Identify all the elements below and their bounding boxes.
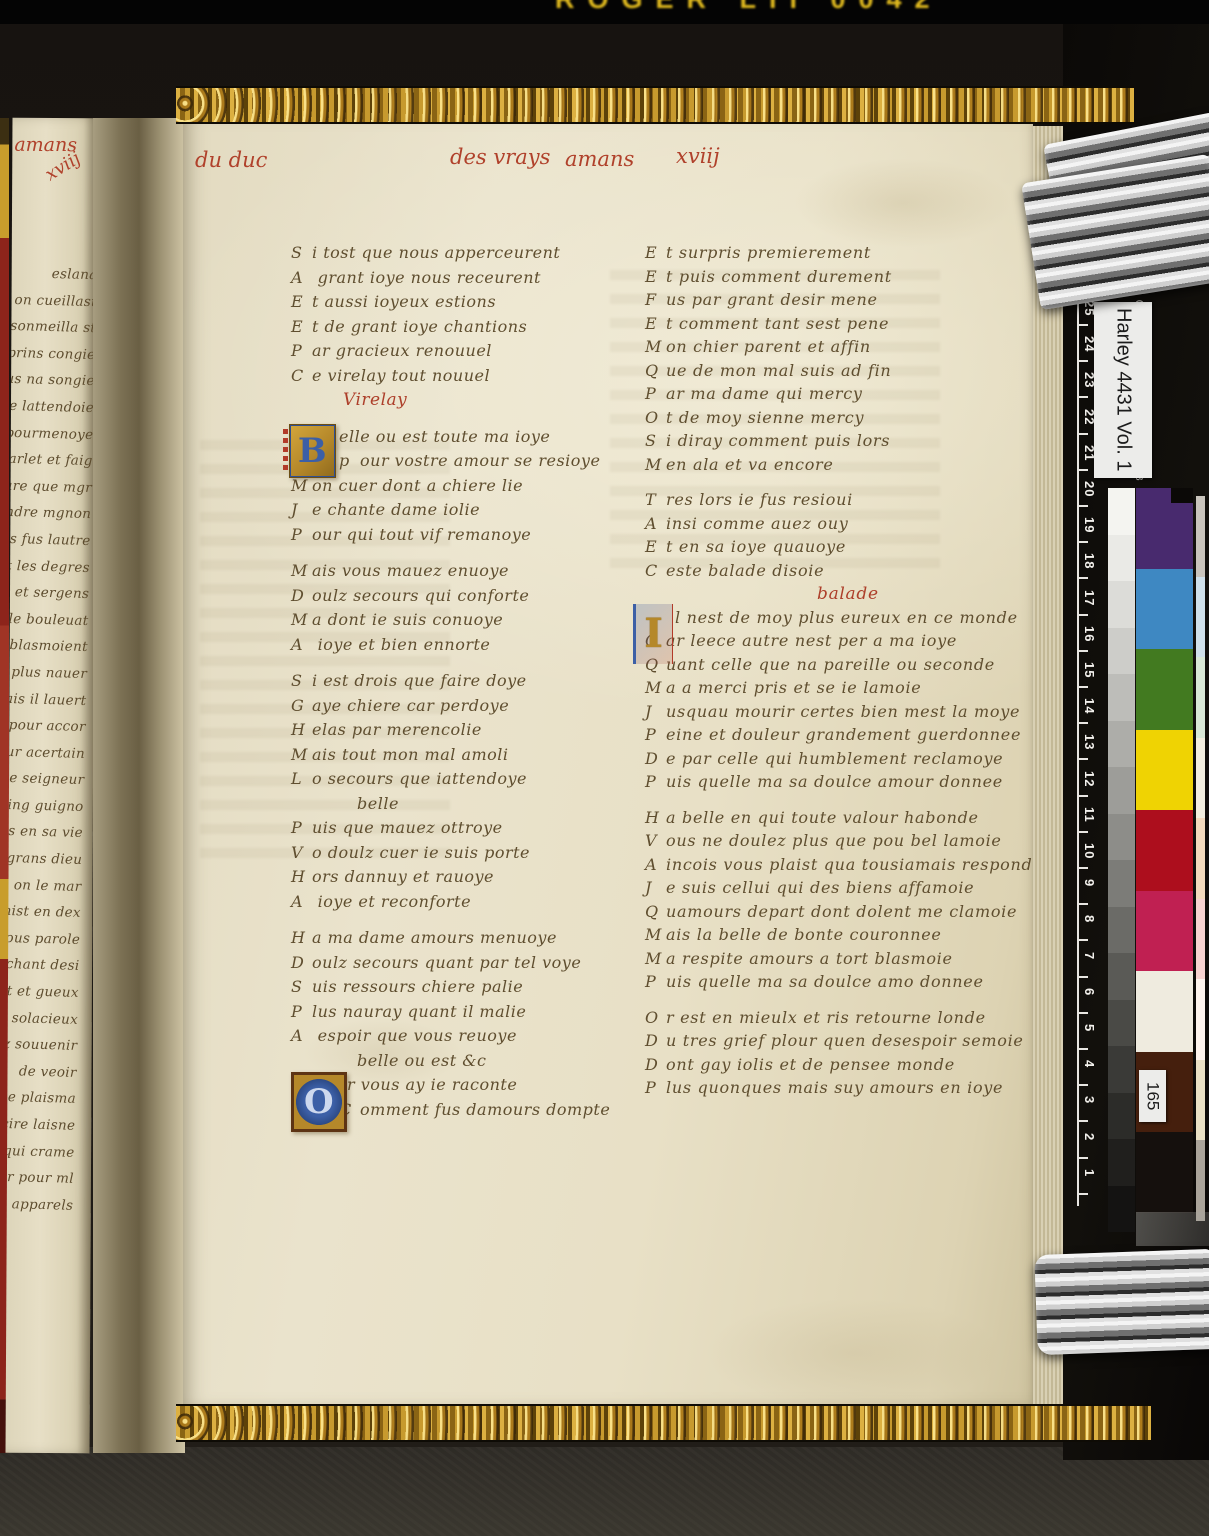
ruler-number-5: 5 [1081,1024,1097,1032]
facing-fragment-line: it le seigneur [6,770,85,799]
side-strip-segment-7 [1196,979,1205,1060]
ruler-number-6: 6 [1081,988,1097,996]
ruler-tick [1077,396,1088,398]
ruler-number-2: 2 [1081,1133,1097,1141]
facing-fragment-line: et se blasmoient [7,637,88,666]
ruler-tick [1077,324,1088,326]
facing-fragment-line: barlet et faig [12,451,93,480]
gilt-edge-bottom [176,1404,1151,1442]
facing-fragment-line: mais il lauert [6,690,87,719]
facing-fragment-line: accire laisne [6,1116,76,1145]
grey-step-1 [1108,488,1135,535]
facing-fragment-line: leur acertain [6,744,86,773]
ruler-tick [1077,903,1088,905]
facing-fragment-line: es solacieux [6,1009,79,1038]
gilt-edge-top [176,86,1134,124]
ruler-tick [1077,939,1088,941]
facing-fragment-line: it que on le mar [6,877,82,906]
grey-step-11 [1108,953,1135,1000]
facing-page-sliver: amans xviij eslanaque on cueillasta sonm… [6,118,97,1453]
grey-step-13 [1108,1046,1135,1093]
ruler-tick [1077,1120,1088,1122]
ruler-tick [1077,867,1088,869]
grey-step-14 [1108,1093,1135,1140]
facing-fragment-line: ax besoing guigno [6,797,84,826]
ruler-tick [1077,650,1088,652]
running-header-du-duc: du duc [195,148,267,172]
facing-fragment-line: ques en sa vie [6,823,84,852]
side-strip-segment-1 [1196,496,1205,577]
facing-fragment-line: es gens plus nauer [7,664,88,693]
ruler-number-10: 10 [1081,843,1097,859]
page-fore-edges [1033,126,1067,1406]
ruler-number-12: 12 [1081,771,1097,787]
running-header-des-vrays: des vrays [450,145,550,169]
facing-fragment-line: au lo pourmenoye [13,425,94,454]
facing-text-fragments: eslanaque on cueillasta sonmeilla stet p… [6,265,97,1224]
ruler-number-1: 1 [1081,1169,1097,1177]
ruler-tick [1077,722,1088,724]
ruler-tick [1077,505,1088,507]
ruler-tick [1077,1084,1088,1086]
grey-step-4 [1108,628,1135,675]
grey-step-5 [1108,674,1135,721]
ruler-line [1077,294,1079,1206]
manuscript-photograph: ROGER LII 0042 amans xviij eslanaque on … [0,0,1209,1536]
ruler-number-9: 9 [1081,879,1097,887]
ruler-number-20: 20 [1081,481,1097,497]
color-patch-dark-red [1136,810,1193,891]
facing-fragment-line: de caye pour accor [6,717,86,746]
color-patch-green [1136,649,1193,730]
facing-fragment-line: se mist en dex [6,903,82,932]
ruler-number-7: 7 [1081,952,1097,960]
facing-fragment-line: oendre mgnon [11,504,92,533]
facing-fragment-line: que on cueillast [16,292,96,321]
facing-fragment-line: mmes apparels [6,1196,74,1225]
ruler-tick [1077,360,1088,362]
facing-fragment-line: plus na songie [14,371,95,400]
ruler-tick [1077,541,1088,543]
ruler-number-4: 4 [1081,1060,1097,1068]
ruler-tick [1077,976,1088,978]
folio-label-text: 165 [1143,1082,1163,1110]
color-patch-white [1136,971,1193,1052]
greyscale-wedge [1108,488,1135,1232]
facing-fragment-line: oulz mot et gueux [6,983,79,1012]
ruler-number-15: 15 [1081,662,1097,678]
facing-fragment-line: a sonmeilla st [16,318,97,347]
facing-fragment-line: eigneur pour ml [6,1169,75,1198]
ruler-number-17: 17 [1081,590,1097,606]
facing-fragment-line: meure que mgr [11,478,92,507]
grey-step-2 [1108,535,1135,582]
facing-fragment-line: homs qui crame [6,1142,75,1171]
facing-fragment-line: deuant les degres [9,558,90,587]
gutter-shadow [93,118,185,1453]
shelfmark-label: Harley 4431 Vol. 1 [1094,302,1152,478]
ruler-number-3: 3 [1081,1096,1097,1104]
film-frame-strip: ROGER LII 0042 [0,0,1209,24]
color-patch-purple [1136,488,1193,569]
ruler-tick [1077,433,1088,435]
manuscript-page [183,118,1033,1406]
frame-id-text: ROGER LII 0042 [555,0,943,15]
side-strip-segment-8 [1196,1060,1205,1141]
facing-fragment-line: nauchant desi [6,956,80,985]
grey-step-10 [1108,907,1135,954]
page-clip-bottom [1034,1249,1209,1355]
shelfmark-label-text: Harley 4431 Vol. 1 [1112,308,1135,471]
facing-fragment-line: doulce plaisma [6,1089,77,1118]
side-strip-segment-9 [1196,1140,1205,1221]
facing-fragment-line: nous nous parole [6,930,81,959]
facing-fragment-line: chieux sur le bouleuat [8,611,89,640]
facing-running-header: amans xviij [14,134,77,156]
ruler-tick [1077,795,1088,797]
facing-fragment-line: lieus et sergens [9,584,90,613]
parchment-stain [703,1298,1003,1408]
grey-step-7 [1108,767,1135,814]
felt-background [0,1447,1209,1536]
facing-fragment-line: de veoir [6,1063,77,1092]
facing-fragment-line: et prins congie [15,345,96,374]
facing-fragment-line: eslana [17,265,96,294]
ruler-tick [1077,614,1088,616]
ruler-number-14: 14 [1081,698,1097,714]
ruler-number-13: 13 [1081,734,1097,750]
color-patches-side-strip [1196,496,1205,1221]
grey-step-16 [1108,1186,1135,1233]
parchment-stain [793,158,1013,248]
grey-step-9 [1108,860,1135,907]
ruler-number-16: 16 [1081,626,1097,642]
grey-step-3 [1108,581,1135,628]
color-patch-black [1136,1132,1193,1213]
folio-label: 165 [1139,1070,1166,1122]
facing-fragment-line: an ches fus lautre [10,531,91,560]
ruler-tick [1077,831,1088,833]
color-patch-blue [1136,569,1193,650]
color-patch-crimson [1136,891,1193,972]
ruler-number-19: 19 [1081,517,1097,533]
ruler-tick [1077,1193,1088,1195]
tape-strip [1136,1212,1209,1246]
ruler-tick [1077,577,1088,579]
color-patch-yellow [1136,730,1193,811]
facing-fragment-line: ie lattendoie [14,398,95,427]
grey-step-15 [1108,1139,1135,1186]
side-strip-segment-6 [1196,899,1205,980]
side-strip-segment-2 [1196,577,1205,658]
grey-step-12 [1108,1000,1135,1047]
side-strip-segment-5 [1196,818,1205,899]
ruler-tick [1077,758,1088,760]
ruler-tick [1077,686,1088,688]
ruler-tick [1077,1157,1088,1159]
facing-fragment-line: ler grans dieu [6,850,83,879]
grey-step-8 [1108,814,1135,861]
ruler-tick [1077,469,1088,471]
ruler-number-8: 8 [1081,915,1097,923]
ruler-tick [1077,1012,1088,1014]
ruler-tick [1077,1048,1088,1050]
side-strip-segment-4 [1196,738,1205,819]
running-header-numeral: xviij [676,144,720,168]
running-header-amans: amans [565,147,634,171]
ruler-number-18: 18 [1081,553,1097,569]
facing-fragment-line: e doulz souuenir [6,1036,78,1065]
parchment-stain [303,1018,463,1088]
side-strip-segment-3 [1196,657,1205,738]
grey-step-6 [1108,721,1135,768]
ruler-number-11: 11 [1081,807,1097,823]
